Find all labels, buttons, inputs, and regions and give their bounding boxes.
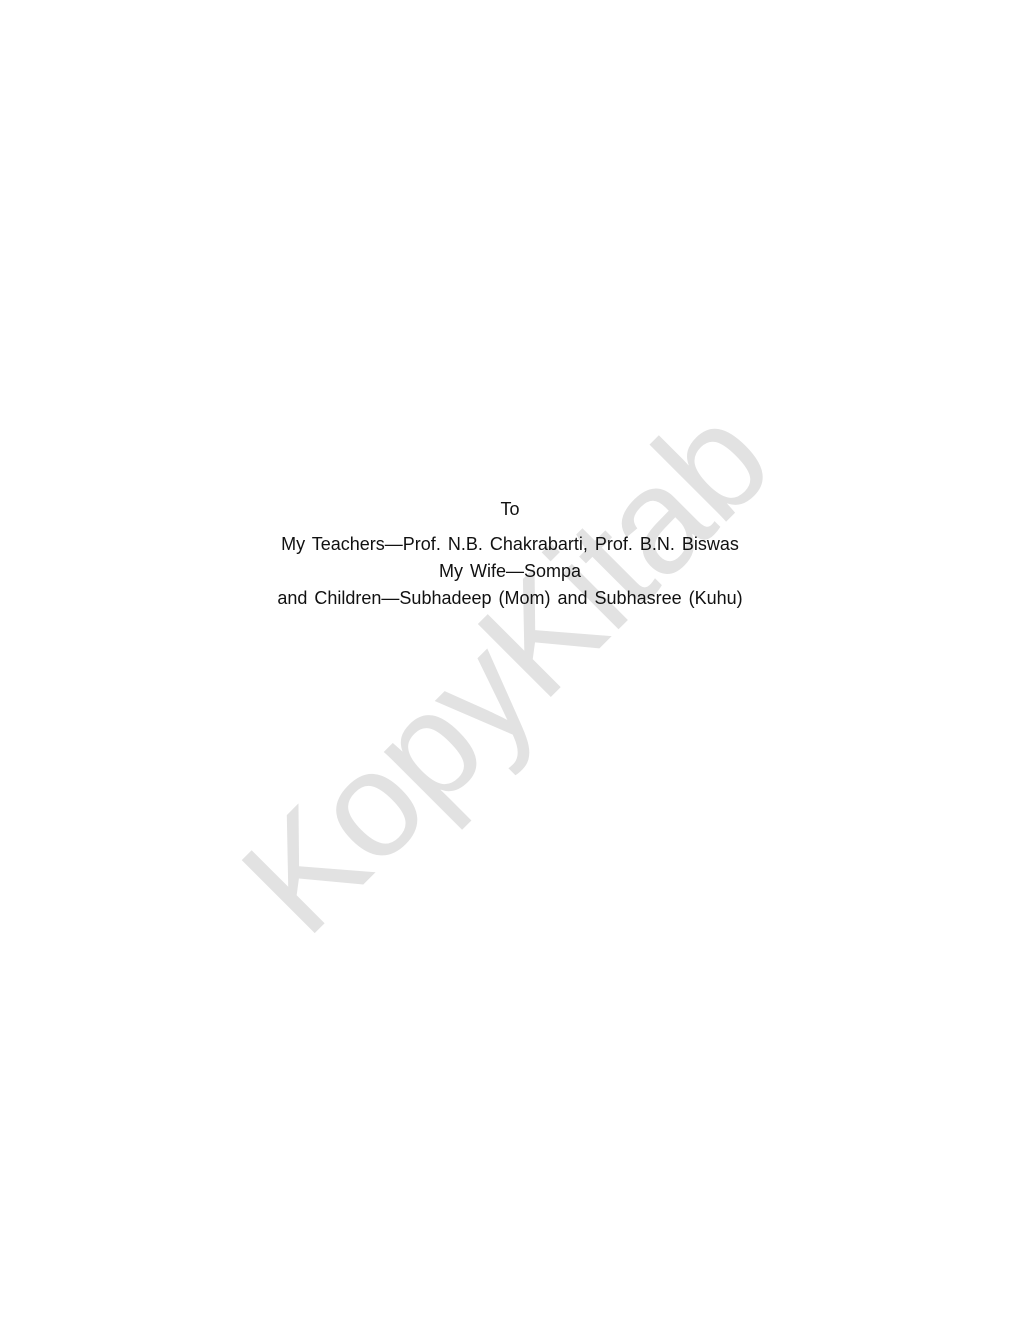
document-page: KopyKitab To My Teachers—Prof. N.B. Chak…	[0, 0, 1020, 1320]
dedication-line-children: and Children—Subhadeep (Mom) and Subhasr…	[0, 585, 1020, 612]
dedication-line-wife: My Wife—Sompa	[0, 558, 1020, 585]
dedication-line-teachers: My Teachers—Prof. N.B. Chakrabarti, Prof…	[0, 531, 1020, 558]
watermark: KopyKitab	[208, 373, 801, 966]
dedication-heading: To	[0, 496, 1020, 523]
dedication-block: To My Teachers—Prof. N.B. Chakrabarti, P…	[0, 496, 1020, 612]
